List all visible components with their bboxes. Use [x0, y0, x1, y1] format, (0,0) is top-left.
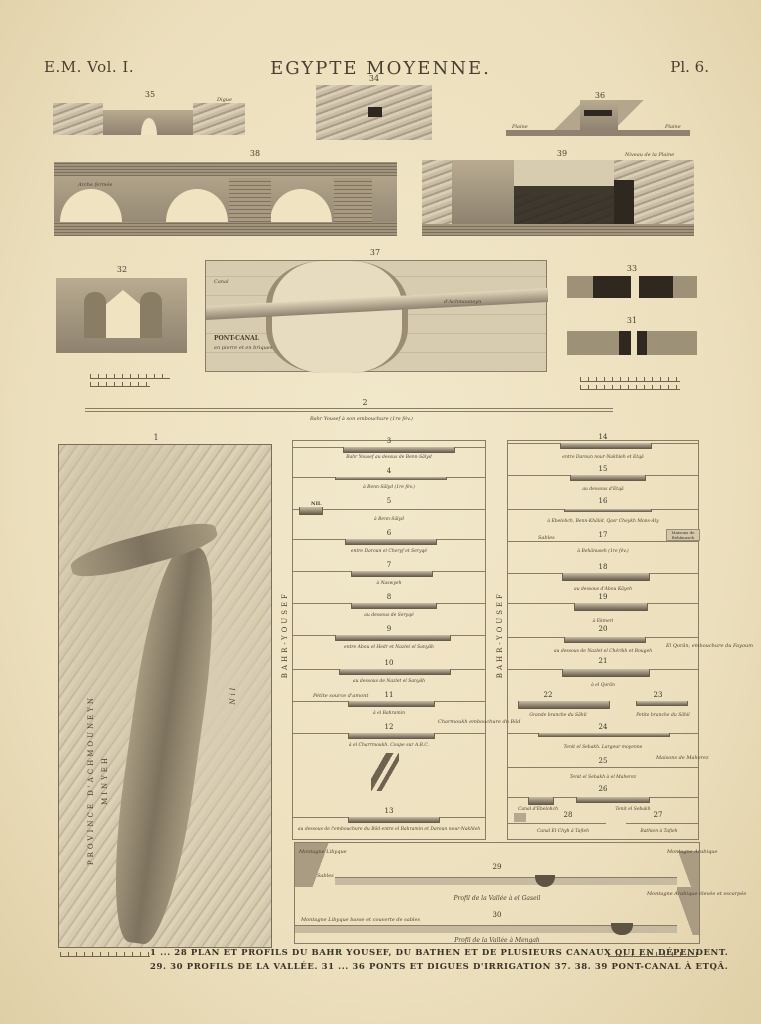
fig31-number: 31 [622, 316, 642, 325]
right-profiles-panel: BAHR-YOUSEF 14 entre Daroun nour-Nakhleh… [507, 440, 699, 840]
profile-14-caption: entre Daroun nour-Nakhleh et Etqâ [508, 455, 698, 460]
fig2-profile [85, 408, 613, 412]
fig30-nile [611, 923, 633, 935]
profile-12-junction-sketch [371, 753, 399, 791]
plate-number: Pl. 6. [670, 58, 709, 76]
profile-8-number: 8 [293, 593, 485, 601]
profile-21-caption: à el Qorân [508, 683, 698, 688]
profile-25-note: Maisons de Maherez [656, 755, 709, 761]
profile-9-caption: entre Abou el Hedr et Nazlet el Sanyâh [293, 645, 485, 650]
profile-27-number: 27 [618, 811, 698, 819]
fig34-sluice [368, 107, 382, 117]
map-label-minyeh: MINYEH [101, 755, 109, 805]
fig35-label: Digue [217, 97, 232, 103]
profile-20-caption: au dessous de Nazlet el Chérikh et Bouge… [508, 649, 698, 654]
profile-16-number: 16 [508, 497, 698, 505]
fig33-number: 33 [622, 264, 642, 273]
profile-23-number: 23 [618, 691, 698, 699]
fig2-number: 2 [355, 398, 375, 407]
fig35-rock-right [193, 103, 245, 135]
map-label-nil: Nil [229, 685, 237, 705]
fig29-label-libyan: Montagne Libyque [299, 849, 347, 855]
fig38-pier-2 [334, 178, 372, 222]
profile-14-number: 14 [508, 433, 698, 441]
fig38-label: Arche fermée [78, 182, 112, 188]
profile-11-note: Pétite source d'amont [313, 693, 368, 699]
scale-bar-left [90, 374, 170, 379]
profile-28-caption: Canal El-Chyh à Tafieh [508, 829, 618, 834]
plate-caption-line-1: 1 ... 28 PLAN ET PROFILS DU BAHR YOUSEF,… [150, 948, 620, 958]
profile-25-caption: Tenit el Sebakh à el Maherez [508, 775, 698, 780]
profile-4-caption: à Benn-Sâlyd (1re fév.) [293, 485, 485, 490]
fig37-number: 37 [365, 248, 385, 257]
fig29-caption: Profil de la Vallée à el Gaseil [295, 895, 699, 902]
profile-18-caption: au dessous d'Abou Kâyeh [508, 587, 698, 592]
fig37-subtitle: en pierre et en briques [214, 345, 272, 351]
fig39-number: 39 [552, 149, 572, 158]
profile-5-caption: à Benn-Sâlyd [293, 517, 485, 522]
fig39-section [422, 160, 694, 236]
scale-bar-left-2 [90, 382, 150, 387]
fig35-bridge [103, 110, 193, 135]
fig38-arch-1 [60, 189, 122, 222]
profile-26-number: 26 [508, 785, 698, 793]
profile-27-caption: Bathien à Tafieh [620, 829, 698, 834]
scale-bar-bottom-left [60, 952, 150, 957]
profile-22-caption: Grande branche du Sâhil [508, 713, 608, 718]
left-profiles-panel: BAHR-YOUSEF 3 Bahr Yousef au dessus de B… [292, 440, 486, 840]
fig38-pier-1 [229, 178, 271, 222]
fig33-dike [567, 276, 697, 298]
profile-10-number: 10 [293, 659, 485, 667]
profile-24-caption: Tenit el Sebakh. Largeur moyenne [508, 745, 698, 750]
fig35-number: 35 [140, 90, 160, 99]
profile-3-number: 3 [293, 437, 485, 445]
profile-23-caption: Petite branche du Sâhil [628, 713, 698, 718]
profile-6-number: 6 [293, 529, 485, 537]
fig36-number: 36 [590, 91, 610, 100]
fig29-nile [535, 875, 555, 887]
profile-10-caption: au dessous de Nazlet el Sanyâh [293, 679, 485, 684]
profile-16-caption: à Ebelohch, Benn-Khâlid, Qasr Cheykh Mon… [508, 519, 698, 524]
profile-6-caption: entre Daroun el Cheryf et Seryqé [293, 549, 485, 554]
profile-13-number: 13 [293, 807, 485, 815]
fig34-number: 34 [364, 74, 384, 83]
profile-18-number: 18 [508, 563, 698, 571]
profile-21-number: 21 [508, 657, 698, 665]
right-side-label: BAHR-YOUSEF [496, 591, 504, 678]
profile-11-caption: à el Bahramin [293, 711, 485, 716]
profile-24-number: 24 [508, 723, 698, 731]
fig38-arch-2 [166, 189, 228, 222]
profile-7-caption: à Naswyeh [293, 581, 485, 586]
fig32-bridge [56, 278, 187, 353]
profile-12-caption: à el Charrmoukh. Coupe sur A.B.C. [293, 743, 485, 748]
profile-17-caption: à Behânuseh (1re fév.) [508, 549, 698, 554]
nile-valley [102, 542, 227, 948]
fig29-label-sables: Sables [317, 873, 334, 879]
fig2-caption: Bahr Yousef à son embouchure (1re fév.) [310, 416, 413, 422]
fig37-title: PONT-CANAL [214, 335, 259, 342]
scale-bar-right [580, 377, 680, 382]
plate-caption-line-2: 29. 30 PROFILS DE LA VALLÉE. 31 ... 36 P… [150, 962, 620, 972]
profile-19-caption: à Ekmeri [508, 619, 698, 624]
fig34-dike [316, 85, 432, 140]
profile-5-number: 5 [293, 497, 485, 505]
fig32-pointed-arch [106, 290, 140, 338]
fig37-canal-label: Canal [214, 279, 229, 285]
profile-13-caption: au dessous de l'embouchure du Bôd entre … [293, 827, 485, 832]
fig30-label-arabian: Montagne Arabique élevée et escarpée [647, 891, 746, 897]
fig29-number: 29 [295, 863, 699, 871]
fig32-number: 32 [112, 265, 132, 274]
fig38-arch-3 [270, 189, 332, 222]
left-side-label: BAHR-YOUSEF [281, 591, 289, 678]
fig38-number: 38 [245, 149, 265, 158]
scale-bar-right-2 [580, 385, 680, 390]
fig37-achmouneyn-label: d'Achmouneyn [444, 299, 481, 305]
map-bahr-yousef: PROVINCE D'ACHMOUNEYN MINYEH Nil [58, 444, 272, 948]
profile-28-number: 28 [508, 811, 628, 819]
fig31-dike [567, 331, 697, 355]
fig35-arch [141, 118, 157, 135]
fig29-label-arabian: Montagne Arabique [667, 849, 717, 855]
profile-22-number: 22 [508, 691, 588, 699]
profile-28-houses [514, 813, 526, 822]
fig36-label-right: Plaine [665, 124, 681, 130]
fig37-river [266, 261, 408, 373]
fig37-plan: PONT-CANAL en pierre et en briques Canal… [205, 260, 547, 372]
map-number: 1 [146, 433, 166, 442]
fig35-rock-left [53, 103, 103, 135]
profile-7-number: 7 [293, 561, 485, 569]
map-label-province: PROVINCE D'ACHMOUNEYN [87, 695, 95, 865]
fig30-label-libyan: Montagne Libyque basse et couverte de sa… [301, 917, 420, 923]
fig38-pont-canal-elevation [54, 162, 397, 236]
profile-15-number: 15 [508, 465, 698, 473]
profile-9-number: 9 [293, 625, 485, 633]
profile-4-number: 4 [293, 467, 485, 475]
fig30-caption: Profil de la Vallée à Mengah [295, 937, 699, 944]
profile-8-caption: au dessous de Seryqé [293, 613, 485, 618]
profile-3-caption: Bahr Yousef au dessus de Benn-Sâlyd [293, 455, 485, 460]
fig36-base [506, 130, 690, 136]
profile-17-houses: Maisons de Behânuseh [666, 529, 700, 541]
profile-15-caption: au dessous d'Etqâ [508, 487, 698, 492]
fig36-label-left: Plaine [512, 124, 528, 130]
valley-profiles-panel: 29 Montagne Libyque Sables Montagne Arab… [294, 842, 700, 944]
fig39-label: Niveau de la Plaine [625, 152, 674, 158]
profile-19-number: 19 [508, 593, 698, 601]
profile-20-number: 20 [508, 625, 698, 633]
fig36-embankment [540, 100, 658, 130]
profile-21-note: El Qorân, embouchure du Fayoum [666, 643, 753, 649]
